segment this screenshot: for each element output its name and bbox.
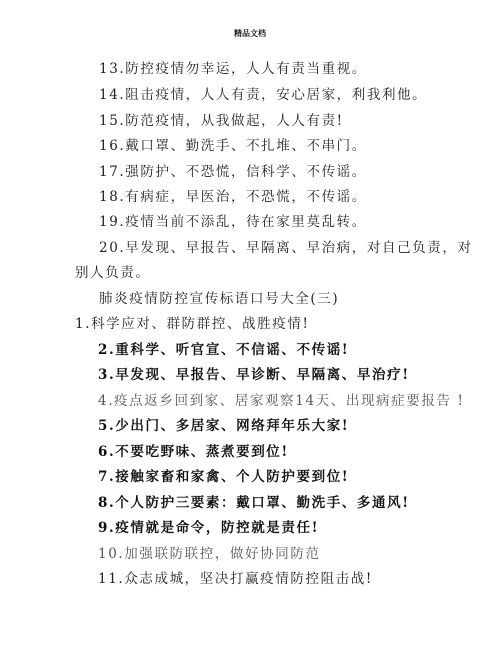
slogan-15: 15.防范疫情，从我做起，人人有责! [99, 112, 344, 130]
slogan-17: 17.强防护、不恐慌，信科学、不传谣。 [99, 163, 367, 181]
slogan-2: 2.重科学、听官宣、不信谣、不传谣! [98, 341, 349, 359]
slogan-3: 3.早发现、早报告、早诊断、早隔离、早治疗! [98, 366, 410, 384]
slogan-9: 9.疫情就是命令，防控就是责任! [98, 519, 319, 537]
slogan-4: 4.疫点返乡回到家、居家观察14天、出现病症要报告 ! [98, 392, 464, 410]
slogan-10: 10.加强联防联控，做好协同防范 [98, 545, 321, 563]
slogan-11: 11.众志成城，坚决打赢疫情防控阻击战! [98, 570, 373, 588]
slogan-8: 8.个人防护三要素：戴口罩、勤洗手、多通风! [98, 494, 410, 512]
slogan-6: 6.不要吃野味、蒸煮要到位! [98, 443, 289, 461]
section-heading: 肺炎疫情防控宣传标语口号大全(三) [99, 290, 339, 308]
slogan-20-continued: 别人负责。 [75, 264, 151, 282]
slogan-7: 7.接触家畜和家禽、个人防护要到位! [98, 468, 349, 486]
page-header: 精品文档 [0, 28, 500, 39]
slogan-18: 18.有病症，早医治，不恐慌，不传谣。 [99, 188, 367, 206]
slogan-5: 5.少出门、多居家、网络拜年乐大家! [98, 417, 349, 435]
slogan-1: 1.科学应对、群防群控、战胜疫情! [75, 315, 310, 333]
slogan-20: 20.早发现、早报告、早隔离、早治病，对自己负责，对 [99, 239, 473, 257]
slogan-16: 16.戴口罩、勤洗手、不扎堆、不串门。 [99, 137, 367, 155]
slogan-13: 13.防控疫情勿幸运，人人有责当重视。 [99, 60, 367, 78]
slogan-14: 14.阻击疫情，人人有责，安心居家，利我利他。 [99, 86, 427, 104]
slogan-19: 19.疫情当前不添乱，待在家里莫乱转。 [99, 213, 367, 231]
